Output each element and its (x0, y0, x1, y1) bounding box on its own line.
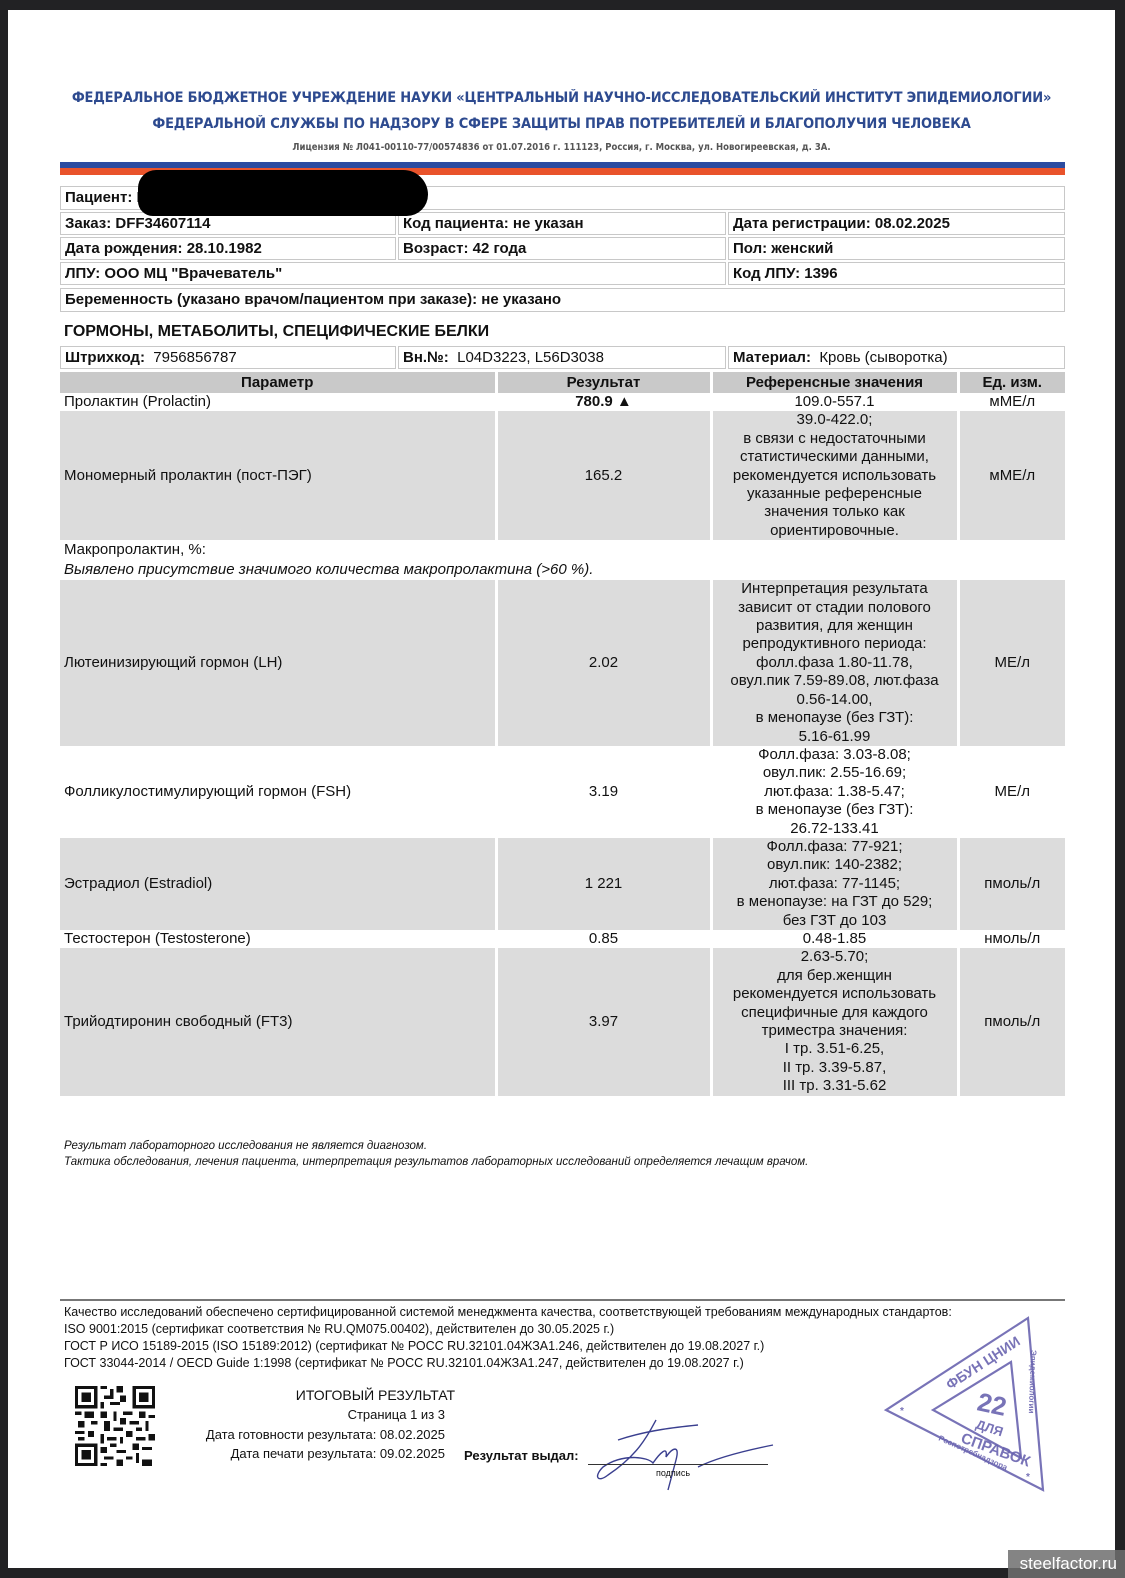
svg-text:*: * (1026, 1472, 1030, 1483)
table-row: Трийодтиронин свободный (FT3)3.972.63-5.… (60, 948, 1065, 1095)
parameter-cell: Фолликулостимулирующий гормон (FSH) (60, 746, 496, 838)
macroprolactin-row: Макропролактин, %: (60, 540, 1065, 560)
col-header-parameter: Параметр (60, 372, 496, 393)
unit-cell: мМЕ/л (958, 411, 1065, 540)
results-table: Параметр Результат Референсные значения … (60, 372, 1065, 1096)
signature-icon (578, 1405, 788, 1495)
reference-cell: Интерпретация результата зависит от стад… (711, 580, 958, 746)
qr-code-icon[interactable] (75, 1386, 155, 1466)
parameter-cell: Тестостерон (Testosterone) (60, 930, 496, 948)
disclaimer-line: Результат лабораторного исследования не … (64, 1138, 808, 1154)
certification-line: Качество исследований обеспечено сертифи… (64, 1304, 952, 1321)
unit-cell: мМЕ/л (958, 393, 1065, 411)
document-page: ФЕДЕРАЛЬНОЕ БЮДЖЕТНОЕ УЧРЕЖДЕНИЕ НАУКИ «… (8, 10, 1115, 1568)
inner-number-field: Вн.№: L04D3223, L56D3038 (398, 346, 726, 369)
certification-line: ГОСТ 33044-2014 / OECD Guide 1:1998 (сер… (64, 1355, 952, 1372)
result-cell: 0.85 (496, 930, 711, 948)
unit-cell: МЕ/л (958, 580, 1065, 746)
col-header-reference: Референсные значения (711, 372, 958, 393)
col-header-result: Результат (496, 372, 711, 393)
disclaimer-line: Тактика обследования, лечения пациента, … (64, 1154, 808, 1170)
footer-divider (60, 1299, 1065, 1301)
certification-block: Качество исследований обеспечено сертифи… (64, 1304, 952, 1372)
macroprolactin-note-row: Выявлено присутствие значимого количеств… (60, 560, 1065, 580)
lpu-code-field: Код ЛПУ: 1396 (728, 262, 1065, 285)
signature-caption: подпись (656, 1468, 690, 1478)
unit-cell: пмоль/л (958, 948, 1065, 1095)
barcode-value: 7956856787 (153, 349, 236, 366)
result-cell: 3.97 (496, 948, 711, 1095)
lpu-field: ЛПУ: ООО МЦ "Врачеватель" (60, 262, 726, 285)
reference-cell: 0.48-1.85 (711, 930, 958, 948)
patient-code-field: Код пациента: не указан (398, 212, 726, 235)
result-cell: 1 221 (496, 838, 711, 930)
col-header-unit: Ед. изм. (958, 372, 1065, 393)
registration-date-field: Дата регистрации: 08.02.2025 (728, 212, 1065, 235)
section-title: ГОРМОНЫ, МЕТАБОЛИТЫ, СПЕЦИФИЧЕСКИЕ БЕЛКИ (64, 323, 489, 341)
table-row: Пролактин (Prolactin)780.9 ▲109.0-557.1м… (60, 393, 1065, 411)
material-field: Материал: Кровь (сыворотка) (728, 346, 1065, 369)
table-row: Тестостерон (Testosterone)0.850.48-1.85н… (60, 930, 1065, 948)
org-title-line1: ФЕДЕРАЛЬНОЕ БЮДЖЕТНОЕ УЧРЕЖДЕНИЕ НАУКИ «… (47, 90, 1077, 106)
pregnancy-field: Беременность (указано врачом/пациентом п… (60, 288, 1065, 312)
final-result-title: ИТОГОВЫЙ РЕЗУЛЬТАТ (296, 1387, 455, 1403)
patient-label: Пациент: (65, 189, 136, 206)
inner-number-label: Вн.№: (403, 349, 449, 366)
license-line: Лицензия № Л041-00110-77/00574836 от 01.… (91, 142, 1032, 153)
unit-cell: МЕ/л (958, 746, 1065, 838)
macroprolactin-label: Макропролактин, %: (60, 540, 1065, 560)
result-cell: 2.02 (496, 580, 711, 746)
page-indicator: Страница 1 из 3 (348, 1407, 445, 1422)
parameter-cell: Мономерный пролактин (пост-ПЭГ) (60, 411, 496, 540)
disclaimer: Результат лабораторного исследования не … (64, 1138, 808, 1170)
material-value: Кровь (сыворотка) (819, 349, 947, 366)
watermark: steelfactor.ru (1008, 1550, 1125, 1578)
ready-date: Дата готовности результата: 08.02.2025 (206, 1427, 445, 1442)
table-row: Лютеинизирующий гормон (LH)2.02Интерпрет… (60, 580, 1065, 746)
inner-number-value: L04D3223, L56D3038 (457, 349, 604, 366)
parameter-cell: Лютеинизирующий гормон (LH) (60, 580, 496, 746)
material-label: Материал: (733, 349, 811, 366)
table-row: Эстрадиол (Estradiol)1 221Фолл.фаза: 77-… (60, 838, 1065, 930)
certification-line: ISO 9001:2015 (сертификат соответствия №… (64, 1321, 952, 1338)
table-row: Мономерный пролактин (пост-ПЭГ)165.239.0… (60, 411, 1065, 540)
birth-date-field: Дата рождения: 28.10.1982 (60, 237, 396, 260)
org-title-line2: ФЕДЕРАЛЬНОЙ СЛУЖБЫ ПО НАДЗОРУ В СФЕРЕ ЗА… (47, 116, 1077, 132)
reference-cell: Фолл.фаза: 3.03-8.08; овул.пик: 2.55-16.… (711, 746, 958, 838)
reference-cell: Фолл.фаза: 77-921; овул.пик: 140-2382; л… (711, 838, 958, 930)
table-row: Фолликулостимулирующий гормон (FSH)3.19Ф… (60, 746, 1065, 838)
result-cell: 3.19 (496, 746, 711, 838)
issued-by-label: Результат выдал: (464, 1448, 579, 1463)
svg-text:*: * (900, 1406, 904, 1417)
unit-cell: нмоль/л (958, 930, 1065, 948)
macroprolactin-note: Выявлено присутствие значимого количеств… (60, 560, 1065, 580)
result-cell: 780.9 ▲ (496, 393, 711, 411)
print-date: Дата печати результата: 09.02.2025 (231, 1446, 445, 1461)
svg-text:Эпидемиологии: Эпидемиологии (1027, 1350, 1038, 1414)
sex-field: Пол: женский (728, 237, 1065, 260)
reference-cell: 2.63-5.70; для бер.женщин рекомендуется … (711, 948, 958, 1095)
barcode-field: Штрихкод: 7956856787 (60, 346, 396, 369)
reference-cell: 109.0-557.1 (711, 393, 958, 411)
result-cell: 165.2 (496, 411, 711, 540)
signature-line (588, 1464, 768, 1465)
parameter-cell: Трийодтиронин свободный (FT3) (60, 948, 496, 1095)
barcode-label: Штрихкод: (65, 349, 145, 366)
stamp-icon: ФБУН ЦНИИ 22 ДЛЯ СПРАВОК Роспотребнадзор… (878, 1310, 1058, 1510)
unit-cell: пмоль/л (958, 838, 1065, 930)
reference-cell: 39.0-422.0; в связи с недостаточными ста… (711, 411, 958, 540)
parameter-cell: Пролактин (Prolactin) (60, 393, 496, 411)
age-field: Возраст: 42 года (398, 237, 726, 260)
redaction-mark (138, 170, 428, 216)
certification-line: ГОСТ Р ИСО 15189-2015 (ISO 15189:2012) (… (64, 1338, 952, 1355)
results-header-row: Параметр Результат Референсные значения … (60, 372, 1065, 393)
parameter-cell: Эстрадиол (Estradiol) (60, 838, 496, 930)
